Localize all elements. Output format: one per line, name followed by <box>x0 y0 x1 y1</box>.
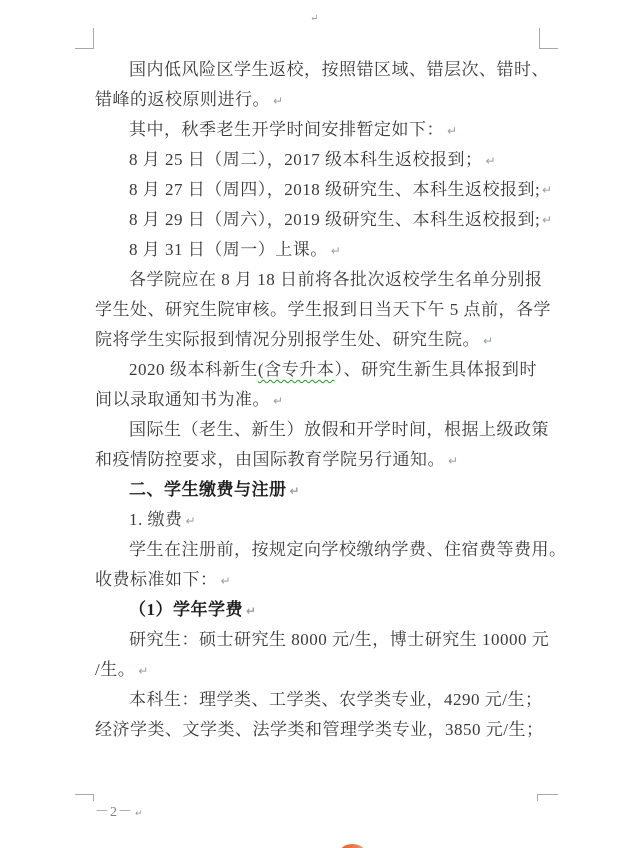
paragraph-mark-icon: ↵ <box>448 454 458 468</box>
text-segment: ）、研究生新生具体报到时 <box>334 360 537 379</box>
text-line: （1）学年学费↵ <box>95 595 537 625</box>
text-line: 2020 级本科新生(含专升本）、研究生新生具体报到时 <box>95 355 537 385</box>
text-line: 学生处、研究生院审核。学生报到日当天下午 5 点前，各学 <box>95 295 537 325</box>
document-page: ↵ 国内低风险区学生返校，按照错区域、错层次、错时、错峰的返校原则进行。↵其中，… <box>0 0 627 848</box>
crop-mark-top-left-icon <box>75 28 94 49</box>
text-line: 1. 缴费↵ <box>95 505 537 535</box>
text-segment: 8 月 27 日（周四），2018 级研究生、本科生返校报到; <box>129 180 540 199</box>
paragraph-mark-icon: ↵ <box>135 809 144 819</box>
text-segment: 8 月 29 日（周六），2019 级研究生、本科生返校报到; <box>129 210 540 229</box>
text-segment: 其中，秋季老生开学时间安排暂定如下： <box>129 120 444 139</box>
text-line: 学生在注册前，按规定向学校缴纳学费、住宿费等费用。 <box>95 535 537 565</box>
paragraph-mark-icon: ↵ <box>508 175 552 205</box>
text-line: 8 月 27 日（周四），2018 级研究生、本科生返校报到;↵ <box>95 175 537 205</box>
page-footer: －2－↵ <box>95 801 144 821</box>
text-segment: 院将学生实际报到情况分别报学生处、研究生院。 <box>95 330 480 349</box>
text-line: 间以录取通知书为准。↵ <box>95 385 537 415</box>
text-segment: 本科生：理学类、工学类、农学类专业，4290 元/生； <box>129 690 542 709</box>
text-segment: 间以录取通知书为准。 <box>95 390 270 409</box>
text-segment: （1）学年学费 <box>129 600 243 619</box>
text-line: 8 月 29 日（周六），2019 级研究生、本科生返校报到;↵ <box>95 205 537 235</box>
text-line: 研究生：硕士研究生 8000 元/生，博士研究生 10000 元 <box>95 625 537 655</box>
text-segment: 学生在注册前，按规定向学校缴纳学费、住宿费等费用。 <box>129 540 567 559</box>
footer-logo-swoosh-icon <box>339 844 366 848</box>
text-segment: 2020 级本科新生 <box>129 360 258 379</box>
document-body: 国内低风险区学生返校，按照错区域、错层次、错时、错峰的返校原则进行。↵其中，秋季… <box>95 55 537 745</box>
text-segment: 8 月 25 日（周二），2017 级本科生返校报到； <box>129 150 483 169</box>
paragraph-mark-icon: ↵ <box>447 124 457 138</box>
text-segment: /生。 <box>95 660 135 679</box>
text-line: 错峰的返校原则进行。↵ <box>95 85 537 115</box>
text-line: 8 月 31 日（周一）上课。↵ <box>95 235 537 265</box>
crop-mark-top-right-icon <box>539 28 558 49</box>
paragraph-mark-icon: ↵ <box>221 574 231 588</box>
text-line: 院将学生实际报到情况分别报学生处、研究生院。↵ <box>95 325 537 355</box>
paragraph-mark-icon: ↵ <box>290 484 300 498</box>
spellcheck-wavy-text: (含专升本 <box>258 360 335 379</box>
text-line: 本科生：理学类、工学类、农学类专业，4290 元/生； <box>95 685 537 715</box>
text-segment: 错峰的返校原则进行。 <box>95 90 270 109</box>
text-segment: 学生处、研究生院审核。学生报到日当天下午 5 点前，各学 <box>95 300 551 319</box>
paragraph-mark-icon: ↵ <box>483 334 493 348</box>
text-line: 各学院应在 8 月 18 日前将各批次返校学生名单分别报 <box>95 265 537 295</box>
paragraph-mark-icon: ↵ <box>138 664 148 678</box>
text-segment: 收费标准如下： <box>95 570 218 589</box>
paragraph-mark-icon: ↵ <box>246 604 256 618</box>
text-line: 二、学生缴费与注册↵ <box>95 475 537 505</box>
text-line: 经济学类、文学类、法学类和管理学类专业，3850 元/生； <box>95 715 537 745</box>
text-segment: 二、学生缴费与注册 <box>129 480 287 499</box>
header-paragraph-mark-icon: ↵ <box>310 13 318 24</box>
text-line: /生。↵ <box>95 655 537 685</box>
page-number: －2－ <box>95 805 133 820</box>
text-segment: 国内低风险区学生返校，按照错区域、错层次、错时、 <box>129 60 549 79</box>
crop-mark-bottom-left-icon <box>75 794 94 801</box>
text-segment: 国际生（老生、新生）放假和开学时间，根据上级政策 <box>129 420 549 439</box>
text-line: 国际生（老生、新生）放假和开学时间，根据上级政策 <box>95 415 537 445</box>
text-segment: 经济学类、文学类、法学类和管理学类专业，3850 元/生； <box>95 720 543 739</box>
text-line: 其中，秋季老生开学时间安排暂定如下：↵ <box>95 115 537 145</box>
text-segment: 各学院应在 8 月 18 日前将各批次返校学生名单分别报 <box>129 270 543 289</box>
text-line: 8 月 25 日（周二），2017 级本科生返校报到；↵ <box>95 145 537 175</box>
text-segment: 和疫情防控要求，由国际教育学院另行通知。 <box>95 450 445 469</box>
paragraph-mark-icon: ↵ <box>186 514 196 528</box>
paragraph-mark-icon: ↵ <box>508 205 552 235</box>
text-line: 和疫情防控要求，由国际教育学院另行通知。↵ <box>95 445 537 475</box>
paragraph-mark-icon: ↵ <box>273 394 283 408</box>
text-segment: 8 月 31 日（周一）上课。 <box>129 240 328 259</box>
paragraph-mark-icon: ↵ <box>486 154 496 168</box>
text-line: 收费标准如下：↵ <box>95 565 537 595</box>
paragraph-mark-icon: ↵ <box>273 94 283 108</box>
text-line: 国内低风险区学生返校，按照错区域、错层次、错时、 <box>95 55 537 85</box>
text-segment: 研究生：硕士研究生 8000 元/生，博士研究生 10000 元 <box>129 630 549 649</box>
paragraph-mark-icon: ↵ <box>331 244 341 258</box>
crop-mark-bottom-right-icon <box>537 794 558 801</box>
text-segment: 1. 缴费 <box>129 510 183 529</box>
